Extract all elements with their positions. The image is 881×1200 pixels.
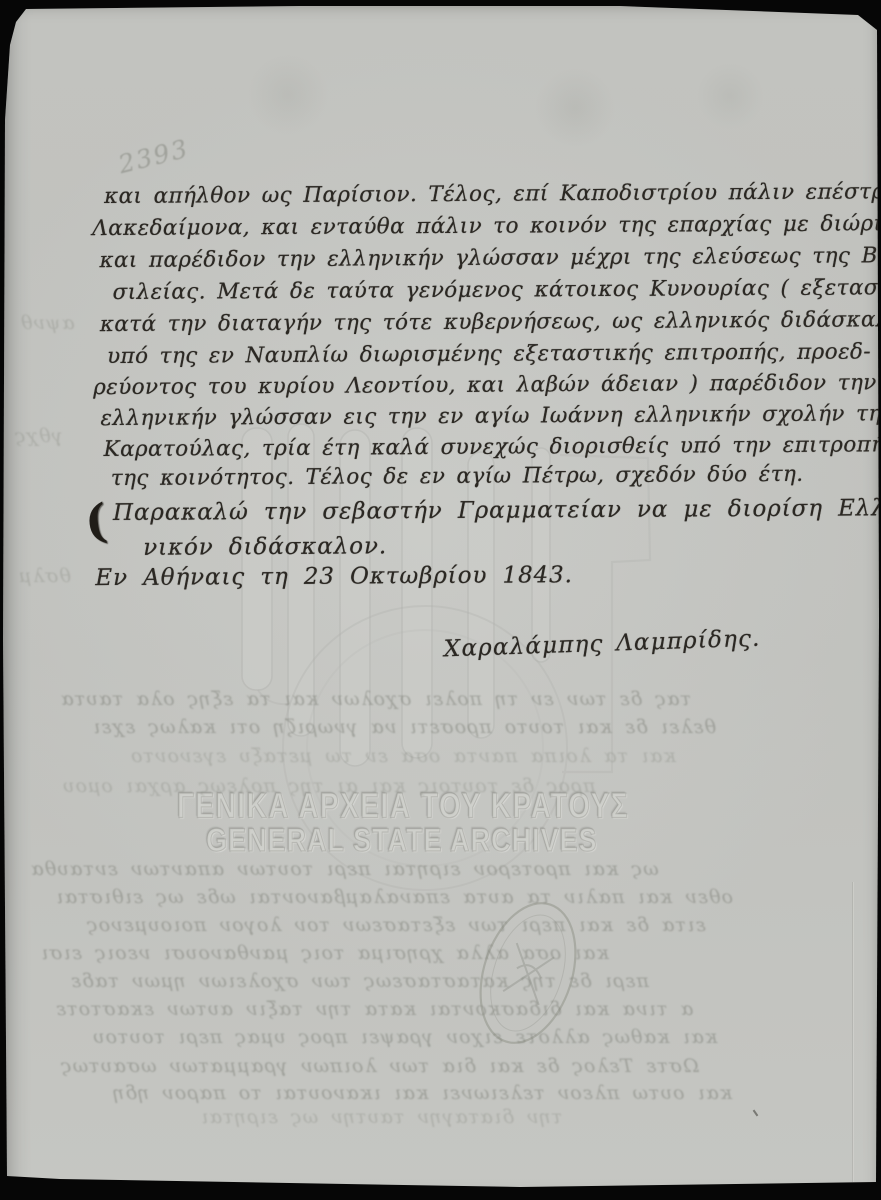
bleedthrough-line: και τα λοιπα παντα οσα εν τω μεταξυ εγεν… [130, 745, 676, 767]
manuscript-line: και απήλθον ως Παρίσιον. Τέλος, επί Καπο… [104, 179, 881, 209]
signature: Χαραλάμπης Λαμπρίδης. [443, 626, 761, 663]
manuscript-line: υπό της εν Ναυπλίω διωρισμένης εξεταστικ… [107, 339, 871, 369]
bleedthrough-line: θελει δε και τουτο προσετι να γνωριζη οτ… [92, 716, 716, 738]
manuscript-line: της κοινότητος. Τέλος δε εν αγίω Πέτρω, … [111, 462, 804, 491]
date-line: Εν Αθήναις τη 23 Οκτωβρίου 1843. [95, 562, 573, 591]
request-line-2: νικόν διδάσκαλον. [143, 533, 387, 560]
bleedthrough-line: ειτα δε και περι των εξετασεων τον λογον… [86, 914, 706, 936]
bleedthrough-line: την διαταγην ταυτην ως ειρηται [200, 1106, 562, 1128]
bleedthrough-line: προς δε τουτοις και αι της πολεως αρχαι … [62, 775, 596, 797]
bleedthrough-line: οθεν και παλιν τα αυτα επαναλαμβανονται … [55, 886, 733, 908]
manuscript-line: και παρέδιδον την ελληνικήν γλώσσαν μέχρ… [99, 243, 881, 273]
bleedthrough-line: α τινα και διδασκονται κατα την ταξιν αυ… [55, 998, 694, 1020]
ink-speck [753, 1110, 759, 1117]
manuscript-line: Καρατούλας, τρία έτη καλά συνεχώς διορισ… [104, 432, 881, 462]
bleedthrough-line: και καθως αλλοτε ειχον γραψει προς υμας … [92, 1026, 717, 1048]
paper-fold-line [852, 882, 854, 1182]
watermark-text-english: GENERAL STATE ARCHIVES [206, 822, 598, 859]
bleedthrough-line: και οσα αλλα χρησιμα τοις μανθανουσι νεο… [40, 942, 609, 964]
bleedthrough-line: Ωστε Τελος δε και δια των λοιπων γραμματ… [60, 1055, 699, 1077]
bleedthrough-line: ως και προτερον ειρηται περι τουτων απαν… [30, 858, 659, 880]
bleedthrough-line: και ουτω πλεον τελειωνει και ικανουται τ… [112, 1082, 732, 1104]
manuscript-line: ελληνικήν γλώσσαν εις την εν αγίω Ιωάννη… [100, 401, 881, 431]
paper-sheet: ΓΕΝΙΚΑ ΑΡΧΕΙΑ ΤΟΥ ΚΡΑΤΟΥΣ GENERAL STATE … [0, 0, 881, 1200]
margin-bracket-mark: ( [82, 493, 110, 549]
manuscript-line: κατά την διαταγήν της τότε κυβερνήσεως, … [100, 307, 881, 337]
manuscript-line: σιλείας. Μετά δε ταύτα γενόμενος κάτοικο… [113, 275, 881, 305]
scanned-document-page: ΓΕΝΙΚΑ ΑΡΧΕΙΑ ΤΟΥ ΚΡΑΤΟΥΣ GENERAL STATE … [0, 0, 881, 1200]
manuscript-text-block: και απήλθον ως Παρίσιον. Τέλος, επί Καπο… [0, 0, 881, 703]
manuscript-line: Λακεδαίμονα, και ενταύθα πάλιν το κοινόν… [92, 211, 881, 241]
bleedthrough-line: περι δε της καταστασεως των σχολειων ημω… [70, 970, 649, 992]
request-line-1: Παρακαλώ την σεβαστήν Γραμματείαν να με … [113, 495, 881, 526]
manuscript-line: ρεύοντος του κυρίου Λεοντίου, και λαβών … [93, 370, 877, 400]
